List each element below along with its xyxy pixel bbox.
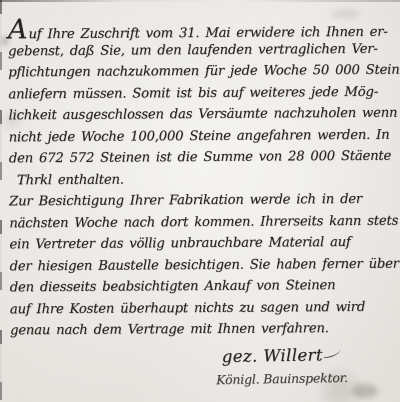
letter-line: nicht jede Woche 100,000 Steine angefahr… (9, 124, 397, 148)
scan-edge-mark (0, 0, 2, 402)
letter-line: Zur Besichtigung Ihrer Fabrikation werde… (9, 189, 397, 213)
paper-smudge (352, 384, 378, 398)
signature-flourish (322, 347, 341, 359)
signature-name-text: gez. Willert (222, 345, 323, 366)
letter-line: lichkeit ausgeschlossen das Versäumte na… (8, 103, 396, 127)
signature-block: gez. Willert Königl. Bauinspektor. (222, 343, 348, 390)
letter-line: pflichtungen nachzukommen für jede Woche… (8, 60, 396, 84)
signature-title: Königl. Bauinspektor. (216, 368, 348, 390)
letter-line: der hiesigen Baustelle besichtigen. Sie … (10, 253, 398, 277)
letter-photo: Auf Ihre Zuschrift vom 31. Mai erwidere … (0, 0, 400, 402)
signature-name: gez. Willert (222, 343, 348, 370)
letter-line: anliefern müssen. Somit ist bis auf weit… (8, 81, 396, 105)
letter-line: den 672 572 Steinen ist die Summe von 28… (9, 146, 397, 170)
letter-line: genau nach dem Vertrage mit Ihnen verfah… (10, 318, 398, 342)
letter-line: Thrkl enthalten. (9, 167, 397, 191)
letter-line: ein Vertreter das völlig unbrauchbare Ma… (9, 232, 397, 256)
letter-line: Auf Ihre Zuschrift vom 31. Mai erwidere … (8, 17, 396, 41)
letter-line: nächsten Woche nach dort kommen. Ihrerse… (9, 210, 397, 234)
letter-line: den diesseits beabsichtigten Ankauf von … (10, 275, 398, 299)
letter-line: gebenst, daß Sie, um den laufenden vertr… (8, 38, 396, 62)
scan-edge-mark (0, 0, 400, 2)
letter-body: Auf Ihre Zuschrift vom 31. Mai erwidere … (8, 17, 398, 342)
letter-line: auf Ihre Kosten überhaupt nichts zu sage… (10, 296, 398, 320)
